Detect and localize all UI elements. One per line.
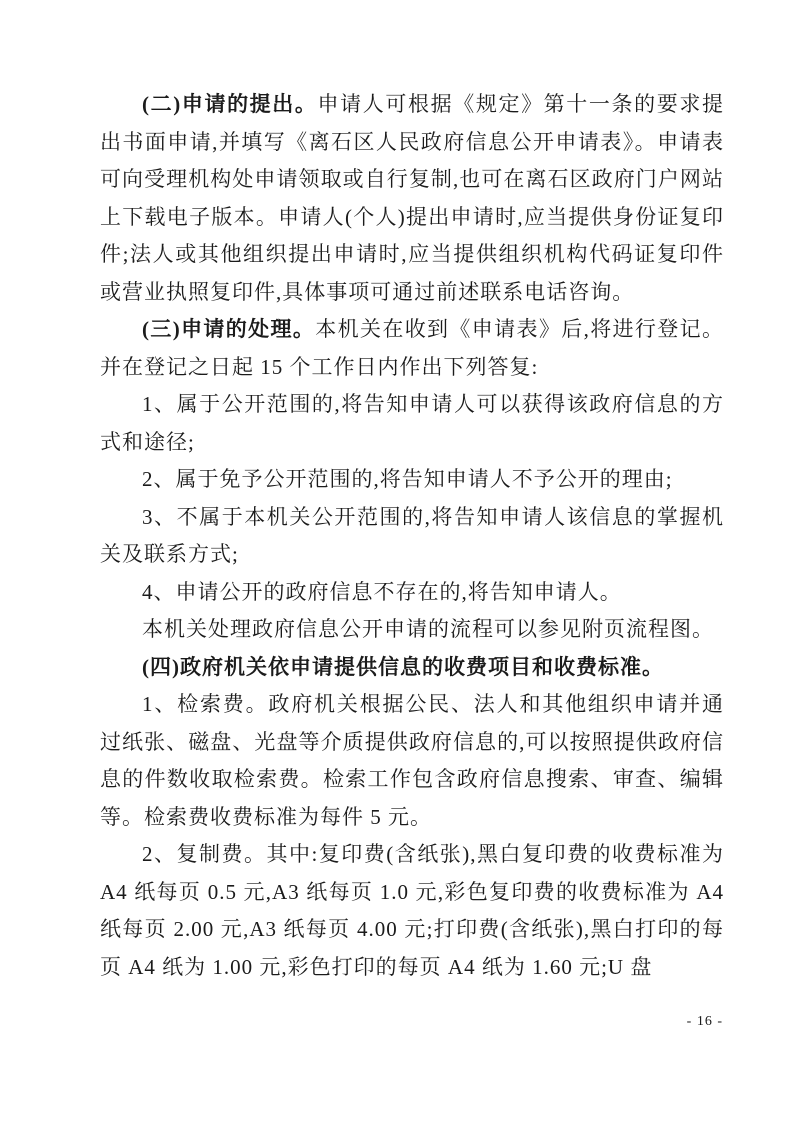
paragraph-application-processing: (三)申请的处理。本机关在收到《申请表》后,将进行登记。并在登记之日起 15 个… [100, 311, 724, 386]
paragraph-text: 1、检索费。政府机关根据公民、法人和其他组织申请并通过纸张、磁盘、光盘等介质提供… [100, 692, 724, 829]
paragraph-reply-item-1: 1、属于公开范围的,将告知申请人可以获得该政府信息的方式和途径; [100, 386, 724, 461]
paragraph-reply-item-3: 3、不属于本机关公开范围的,将告知申请人该信息的掌握机关及联系方式; [100, 499, 724, 574]
document-body: (二)申请的提出。申请人可根据《规定》第十一条的要求提出书面申请,并填写《离石区… [100, 86, 724, 986]
paragraph-reply-item-4: 4、申请公开的政府信息不存在的,将告知申请人。 [100, 574, 724, 612]
paragraph-application-submission: (二)申请的提出。申请人可根据《规定》第十一条的要求提出书面申请,并填写《离石区… [100, 86, 724, 311]
page-number: - 16 - [687, 1014, 723, 1030]
document-page: (二)申请的提出。申请人可根据《规定》第十一条的要求提出书面申请,并填写《离石区… [0, 0, 793, 1122]
paragraph-reply-item-2: 2、属于免予公开范围的,将告知申请人不予公开的理由; [100, 461, 724, 499]
paragraph-text: 4、申请公开的政府信息不存在的,将告知申请人。 [142, 580, 622, 604]
paragraph-retrieval-fee: 1、检索费。政府机关根据公民、法人和其他组织申请并通过纸张、磁盘、光盘等介质提供… [100, 686, 724, 836]
paragraph-heading: (四)政府机关依申请提供信息的收费项目和收费标准。 [142, 655, 664, 679]
paragraph-heading: (三)申请的处理。 [142, 317, 315, 341]
paragraph-heading: (二)申请的提出。 [142, 92, 318, 116]
paragraph-text: 申请人可根据《规定》第十一条的要求提出书面申请,并填写《离石区人民政府信息公开申… [100, 92, 724, 304]
paragraph-text: 2、复制费。其中:复印费(含纸张),黑白复印费的收费标准为 A4 纸每页 0.5… [100, 842, 724, 979]
paragraph-text: 2、属于免予公开范围的,将告知申请人不予公开的理由; [142, 467, 673, 491]
paragraph-flowchart-note: 本机关处理政府信息公开申请的流程可以参见附页流程图。 [100, 611, 724, 649]
paragraph-copy-fee: 2、复制费。其中:复印费(含纸张),黑白复印费的收费标准为 A4 纸每页 0.5… [100, 836, 724, 986]
paragraph-fee-standards-heading: (四)政府机关依申请提供信息的收费项目和收费标准。 [100, 649, 724, 687]
paragraph-text: 3、不属于本机关公开范围的,将告知申请人该信息的掌握机关及联系方式; [100, 505, 724, 567]
paragraph-text: 本机关处理政府信息公开申请的流程可以参见附页流程图。 [142, 617, 714, 641]
paragraph-text: 1、属于公开范围的,将告知申请人可以获得该政府信息的方式和途径; [100, 392, 724, 454]
